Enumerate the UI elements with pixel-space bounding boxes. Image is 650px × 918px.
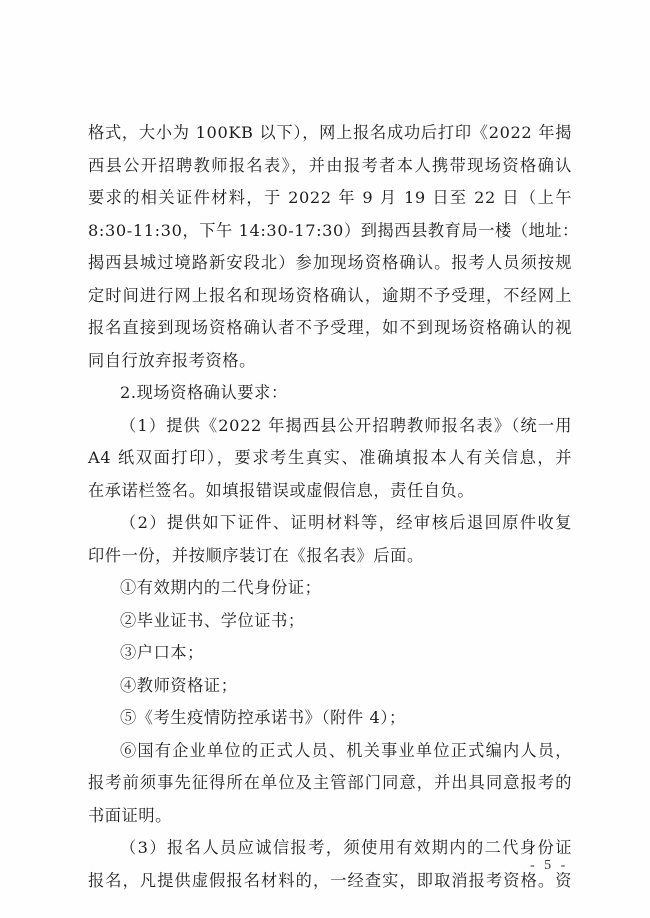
text-line: （2）提供如下证件、证明材料等，经审核后退回原件收复 <box>88 507 572 540</box>
text-line: 在承诺栏签名。如填报错误或虚假信息，责任自负。 <box>88 475 572 508</box>
text-line: 报名，凡提供虚假报名材料的，一经查实，即取消报考资格。资 <box>88 865 572 898</box>
text-line: 同自行放弃报考资格。 <box>88 345 572 378</box>
paragraph-list-item-6: ⑥国有企业单位的正式人员、机关事业单位正式编内人员， 报考前须事先征得所在单位及… <box>88 735 572 833</box>
list-item-id-card: ①有效期内的二代身份证； <box>88 572 572 605</box>
page-number: - 5 - <box>530 858 568 874</box>
text-line: A4 纸双面打印），要求考生真实、准确填报本人有关信息，并 <box>88 442 572 475</box>
text-line: 书面证明。 <box>88 800 572 833</box>
text-line: 报名直接到现场资格确认者不予受理，如不到现场资格确认的视 <box>88 312 572 345</box>
text-line: 报考前须事先征得所在单位及主管部门同意，并出具同意报考的 <box>88 767 572 800</box>
section-heading-onsite-requirements: 2.现场资格确认要求： <box>88 377 572 410</box>
body-text: 格式，大小为 100KB 以下），网上报名成功后打印《2022 年揭 西县公开招… <box>88 117 572 897</box>
paragraph-requirement-1: （1）提供《2022 年揭西县公开招聘教师报名表》（统一用 A4 纸双面打印），… <box>88 410 572 508</box>
document-list: ①有效期内的二代身份证； ②毕业证书、学位证书； ③户口本； ④教师资格证； ⑤… <box>88 572 572 735</box>
paragraph-registration-process: 格式，大小为 100KB 以下），网上报名成功后打印《2022 年揭 西县公开招… <box>88 117 572 377</box>
text-line: ⑥国有企业单位的正式人员、机关事业单位正式编内人员， <box>88 735 572 768</box>
text-line: 要求的相关证件材料，于 2022 年 9 月 19 日至 22 日（上午 <box>88 182 572 215</box>
list-item-teacher-certificate: ④教师资格证； <box>88 670 572 703</box>
text-line: 定时间进行网上报名和现场资格确认，逾期不予受理，不经网上 <box>88 280 572 313</box>
paragraph-requirement-2: （2）提供如下证件、证明材料等，经审核后退回原件收复 印件一份，并按顺序装订在《… <box>88 507 572 572</box>
text-line: （3）报名人员应诚信报考，须使用有效期内的二代身份证 <box>88 832 572 865</box>
text-line: （1）提供《2022 年揭西县公开招聘教师报名表》（统一用 <box>88 410 572 443</box>
list-item-household-register: ③户口本； <box>88 637 572 670</box>
list-item-epidemic-pledge: ⑤《考生疫情防控承诺书》（附件 4）； <box>88 702 572 735</box>
text-line: 格式，大小为 100KB 以下），网上报名成功后打印《2022 年揭 <box>88 117 572 150</box>
list-item-diploma: ②毕业证书、学位证书； <box>88 605 572 638</box>
text-line: 揭西县城过境路新安段北）参加现场资格确认。报考人员须按规 <box>88 247 572 280</box>
text-line: 8:30-11:30，下午 14:30-17:30）到揭西县教育局一楼（地址： <box>88 215 572 248</box>
text-line: 西县公开招聘教师报名表》，并由报考者本人携带现场资格确认 <box>88 150 572 183</box>
paragraph-requirement-3: （3）报名人员应诚信报考，须使用有效期内的二代身份证 报名，凡提供虚假报名材料的… <box>88 832 572 897</box>
text-line: 印件一份，并按顺序装订在《报名表》后面。 <box>88 540 572 573</box>
document-page: 格式，大小为 100KB 以下），网上报名成功后打印《2022 年揭 西县公开招… <box>0 0 650 918</box>
